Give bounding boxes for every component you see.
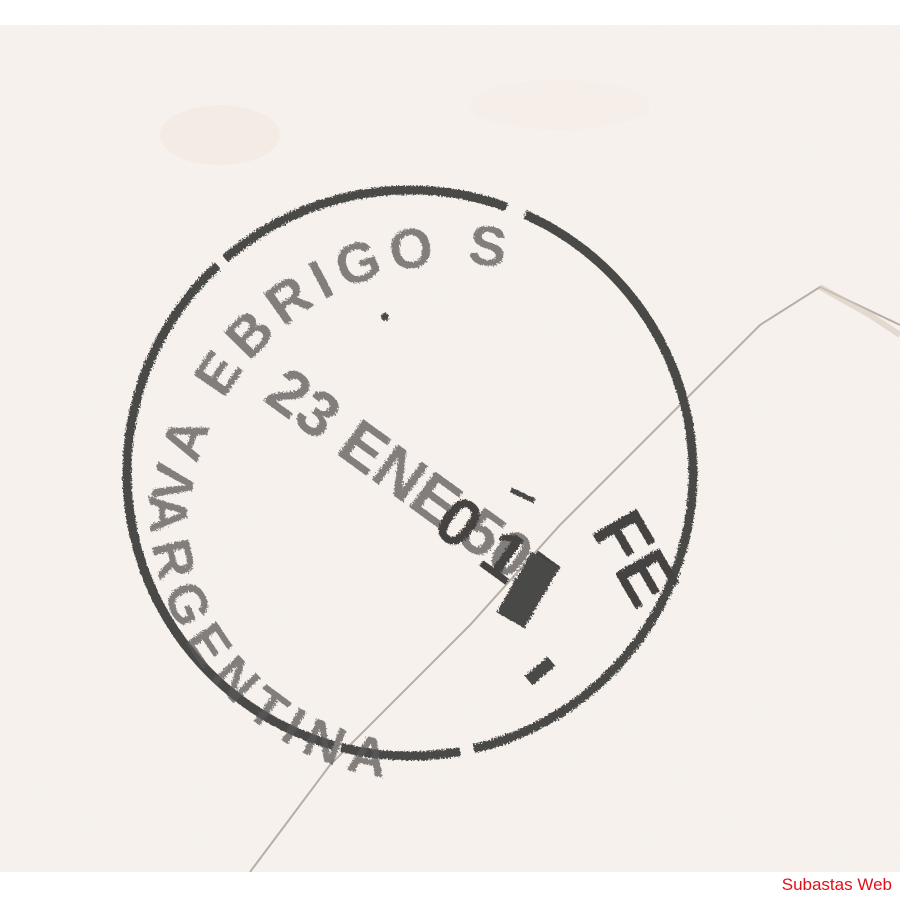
paper-background: [0, 25, 900, 872]
watermark-text: Subastas Web: [782, 875, 892, 895]
postmark-scan: VA EBRIGO S ARGENTINA 23 ENE 50 0 15 FE: [0, 25, 900, 872]
